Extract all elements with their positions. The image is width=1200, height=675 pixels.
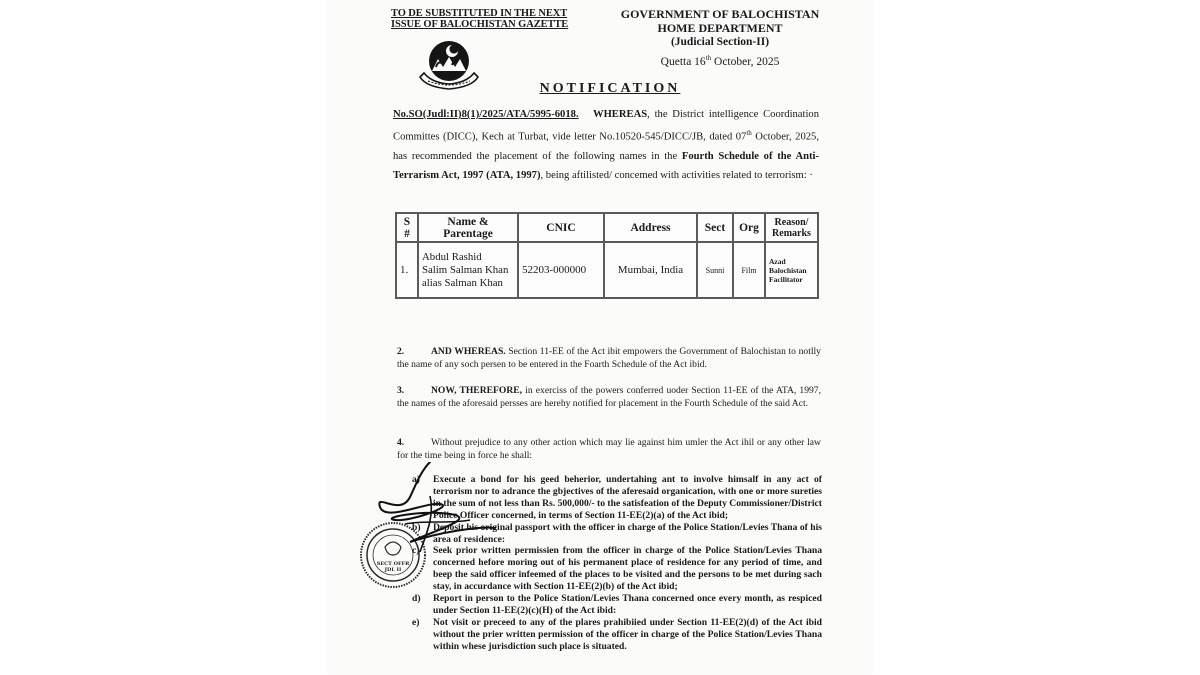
gazette-note: TO DE SUBSTITUTED IN THE NEXT ISSUE OF B…: [391, 8, 568, 30]
cell-address: Mumbai, India: [604, 242, 697, 298]
clause-d: d)Report in person to the Police Station…: [412, 593, 822, 617]
schedule-table: S # Name & Parentage CNIC Address Sect O…: [395, 212, 819, 299]
paragraph-3: 3.NOW, THEREFORE, in exerciss of the pow…: [397, 385, 821, 410]
header-remarks: Reason/ Remarks: [765, 213, 818, 242]
reference-number: No.SO(Judl:II)8(1)/2025/ATA/5995-6018.: [393, 109, 579, 120]
cell-name: Abdul Rashid Salim Salman Khan alias Sal…: [418, 242, 518, 298]
document-title: NOTIFICATION: [480, 81, 740, 97]
cell-org: Film: [733, 242, 765, 298]
paragraph-2: 2.AND WHEREAS. Section 11-EE of the Act …: [397, 346, 821, 371]
clause-e: e)Not visit or preceed to any of the pla…: [412, 617, 822, 653]
government-name: GOVERNMENT OF BALOCHISTAN: [600, 7, 840, 21]
cell-sect: Sunni: [697, 242, 733, 298]
paragraph-4: 4.Without prejudice to any other action …: [397, 437, 821, 462]
header-name: Name & Parentage: [418, 213, 518, 242]
cell-cnic: 52203-000000: [518, 242, 604, 298]
table-row: 1. Abdul Rashid Salim Salman Khan alias …: [396, 242, 818, 298]
whereas-keyword: WHEREAS: [593, 109, 647, 120]
signature-icon: [370, 462, 510, 562]
notification-date: Quetta 16th October, 2025: [620, 54, 820, 68]
header-cnic: CNIC: [518, 213, 604, 242]
cell-remarks: Azad Balochistan Facilitator: [765, 242, 818, 298]
government-heading: GOVERNMENT OF BALOCHISTAN HOME DEPARTMEN…: [600, 7, 840, 49]
balochistan-emblem-icon: [416, 37, 482, 95]
table-header-row: S # Name & Parentage CNIC Address Sect O…: [396, 213, 818, 242]
intro-paragraph: No.SO(Judl:II)8(1)/2025/ATA/5995-6018. W…: [393, 105, 819, 186]
header-sno: S #: [396, 213, 418, 242]
svg-text:JDL II: JDL II: [384, 567, 402, 573]
header-address: Address: [604, 213, 697, 242]
header-sect: Sect: [697, 213, 733, 242]
gazette-note-line1: TO DE SUBSTITUTED IN THE NEXT: [391, 8, 568, 19]
department-name: HOME DEPARTMENT: [600, 21, 840, 35]
section-name: (Judicial Section-II): [600, 35, 840, 49]
header-org: Org: [733, 213, 765, 242]
cell-sno: 1.: [396, 242, 418, 298]
gazette-note-line2: ISSUE OF BALOCHISTAN GAZETTE: [391, 19, 568, 30]
